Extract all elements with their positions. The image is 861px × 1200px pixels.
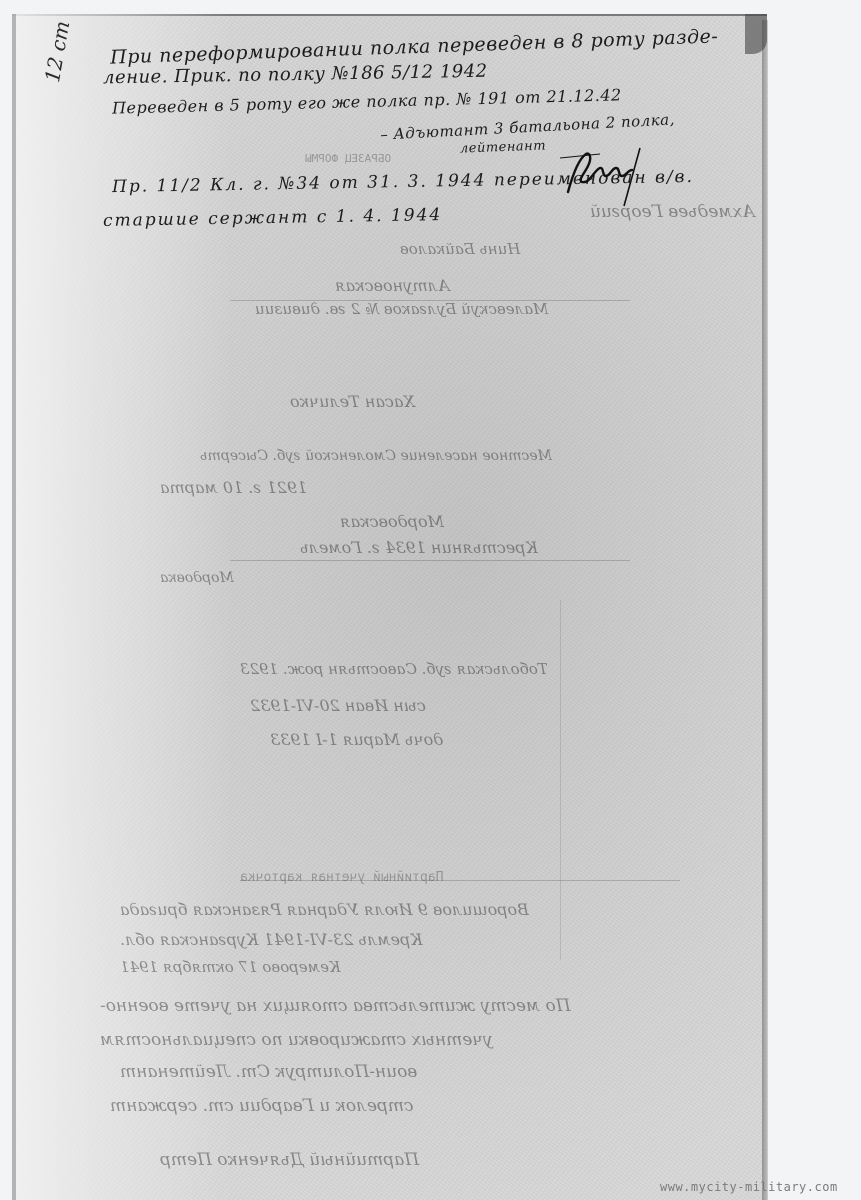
- bleed-text: Ахмедьев Георгий: [590, 202, 755, 222]
- bleed-form-label: ОБРАЗЕЦ ФОРМЫ: [305, 152, 391, 165]
- bleed-text: Хасан Теличко: [290, 392, 415, 411]
- bleed-text: По месту жительства стоящих на учете вое…: [100, 996, 571, 1016]
- bleed-text: Мордовка: [160, 570, 234, 586]
- bleed-text: учетных стажировки по специальностям: [100, 1030, 493, 1050]
- page-corner-shadow: [745, 14, 767, 54]
- bleed-text: Кемерово 17 октября 1941: [120, 958, 341, 976]
- bleed-text: 1921 г. 10 марта: [160, 478, 307, 497]
- bleed-text: дочь Мария 1-I 1933: [270, 730, 443, 749]
- bleed-text: Местное население Смоленской губ. Сысерт…: [200, 448, 552, 464]
- bleed-text: Алтуновская: [335, 276, 450, 295]
- bleed-text: Кремль 23-VI-1941 Курганская обл.: [120, 930, 423, 949]
- bleed-text: воин-Политрук Ст. Лейтенант: [120, 1062, 417, 1082]
- bleed-text: Мордовская: [340, 512, 444, 531]
- bleed-text: Тобольская губ. Савостьян рож. 1923: [240, 660, 548, 678]
- form-column-rule: [560, 600, 561, 960]
- form-rule: [230, 560, 630, 561]
- bleed-text: стрелок и Гвардии ст. сержант: [110, 1096, 414, 1116]
- bleed-text: Крестьянин 1934 г. Гомель: [300, 538, 538, 557]
- bleed-text: Малевскуй Булгаков № 2 гв. дивизии: [255, 300, 548, 318]
- form-rule: [240, 880, 680, 881]
- signature-icon: [560, 140, 660, 210]
- bleed-text: сын Иван 20-VI-1932: [250, 696, 426, 715]
- page-right-edge: [762, 20, 768, 1200]
- annotation-line-5: лейтенант: [460, 139, 547, 157]
- form-rule: [230, 300, 630, 301]
- bleed-text: Партийный Дьяченко Петр: [160, 1150, 419, 1170]
- bleed-text: Нинь Байкалов: [400, 240, 520, 258]
- bleed-text: Партийный учетная карточка: [240, 870, 444, 885]
- page-left-edge: [12, 14, 16, 1200]
- bleed-text: Ворошилов 9 Июля Ударная Рязанская брига…: [120, 900, 529, 919]
- watermark: www.mycity-military.com: [660, 1180, 838, 1194]
